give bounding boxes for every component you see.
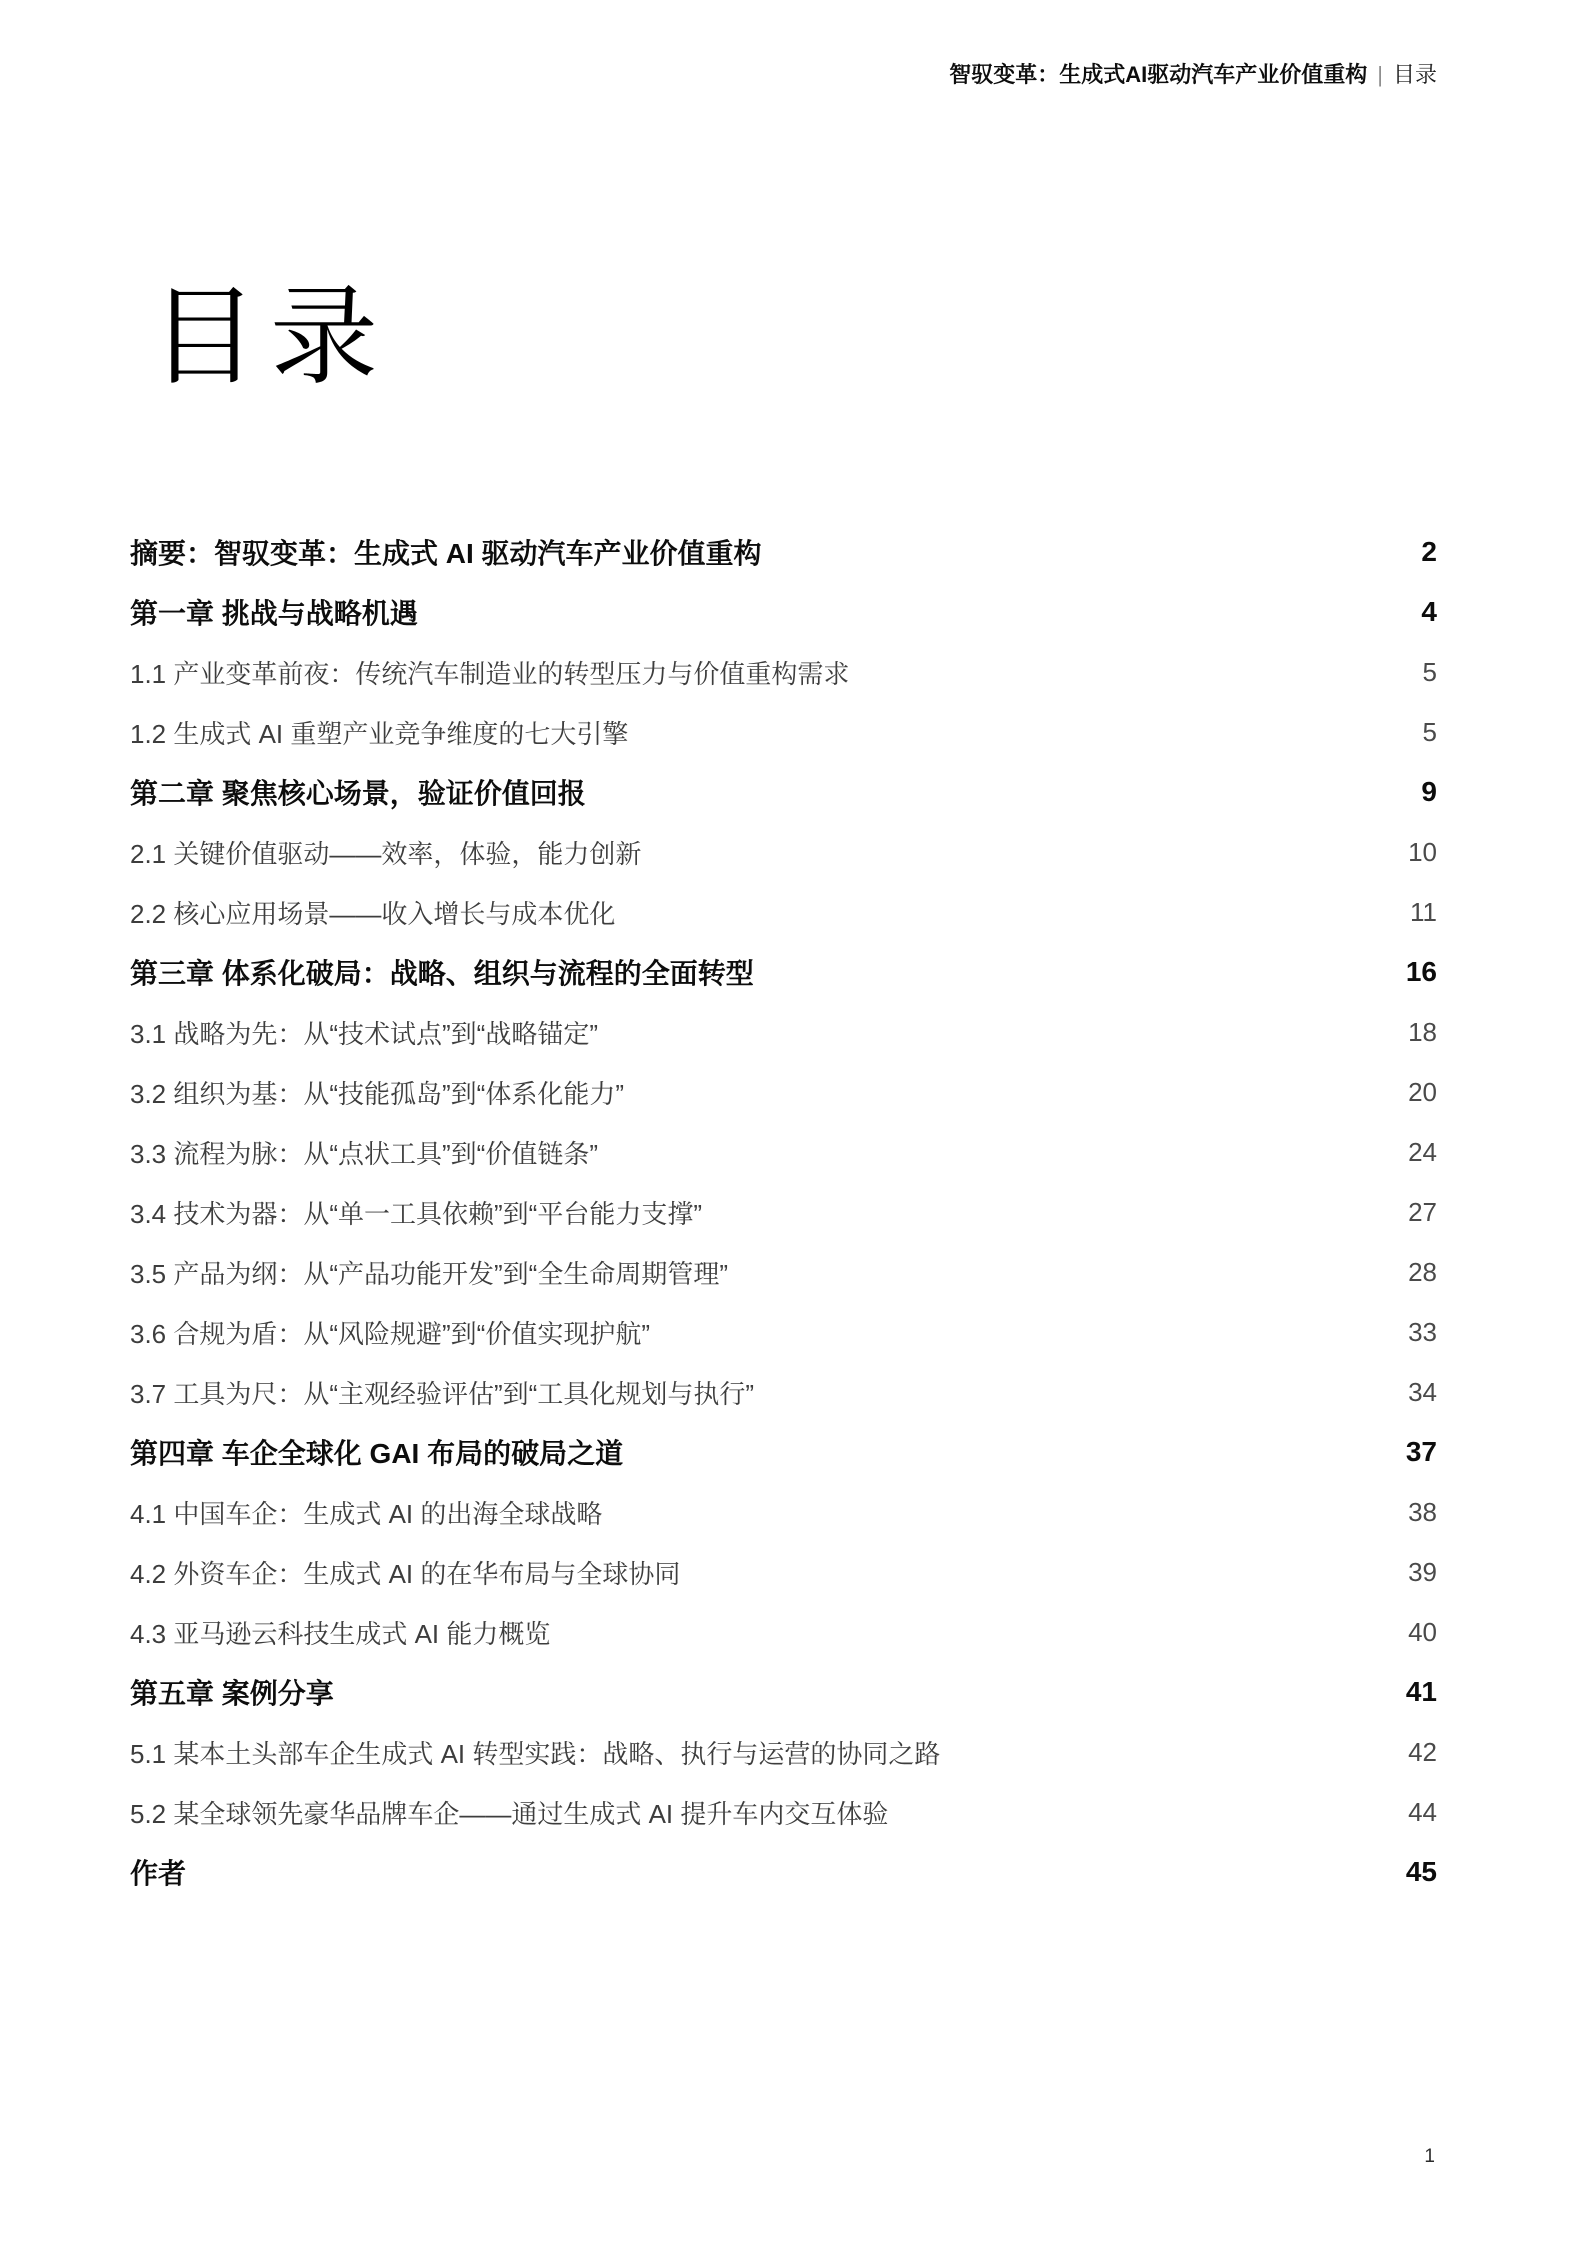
toc-entry-page: 4	[1421, 596, 1437, 628]
toc-entry[interactable]: 作者45	[130, 1842, 1437, 1902]
toc-entry[interactable]: 4.2 外资车企：生成式 AI 的在华布局与全球协同39	[130, 1542, 1437, 1602]
toc-entry-label: 3.2 组织为基：从“技能孤岛”到“体系化能力”	[130, 1074, 624, 1111]
toc-list: 摘要：智驭变革：生成式 AI 驱动汽车产业价值重构2第一章 挑战与战略机遇41.…	[130, 522, 1437, 1902]
header-document-title: 智驭变革：生成式AI驱动汽车产业价值重构	[949, 62, 1367, 87]
toc-entry[interactable]: 4.1 中国车企：生成式 AI 的出海全球战略38	[130, 1482, 1437, 1542]
toc-entry-page: 18	[1408, 1017, 1437, 1048]
toc-entry-label: 摘要：智驭变革：生成式 AI 驱动汽车产业价值重构	[130, 532, 762, 572]
toc-entry-page: 42	[1408, 1737, 1437, 1768]
toc-entry[interactable]: 第五章 案例分享41	[130, 1662, 1437, 1722]
toc-entry[interactable]: 第四章 车企全球化 GAI 布局的破局之道37	[130, 1422, 1437, 1482]
toc-entry-page: 20	[1408, 1077, 1437, 1108]
toc-entry-label: 3.4 技术为器：从“单一工具依赖”到“平台能力支撑”	[130, 1194, 702, 1231]
toc-entry-label: 3.6 合规为盾：从“风险规避”到“价值实现护航”	[130, 1314, 650, 1351]
toc-entry-page: 37	[1406, 1436, 1437, 1468]
toc-entry[interactable]: 3.7 工具为尺：从“主观经验评估”到“工具化规划与执行”34	[130, 1362, 1437, 1422]
document-page: 智驭变革：生成式AI驱动汽车产业价值重构|目录 目录 摘要：智驭变革：生成式 A…	[0, 0, 1587, 2245]
toc-entry-page: 40	[1408, 1617, 1437, 1648]
toc-entry-label: 3.5 产品为纲：从“产品功能开发”到“全生命周期管理”	[130, 1254, 728, 1291]
toc-entry[interactable]: 摘要：智驭变革：生成式 AI 驱动汽车产业价值重构2	[130, 522, 1437, 582]
toc-entry[interactable]: 第二章 聚焦核心场景，验证价值回报9	[130, 762, 1437, 822]
toc-entry[interactable]: 3.4 技术为器：从“单一工具依赖”到“平台能力支撑”27	[130, 1182, 1437, 1242]
toc-entry-label: 2.2 核心应用场景——收入增长与成本优化	[130, 894, 615, 931]
toc-entry[interactable]: 4.3 亚马逊云科技生成式 AI 能力概览40	[130, 1602, 1437, 1662]
toc-entry-page: 38	[1408, 1497, 1437, 1528]
toc-entry[interactable]: 1.1 产业变革前夜：传统汽车制造业的转型压力与价值重构需求5	[130, 642, 1437, 702]
toc-entry-label: 3.3 流程为脉：从“点状工具”到“价值链条”	[130, 1134, 598, 1171]
toc-entry[interactable]: 3.1 战略为先：从“技术试点”到“战略锚定”18	[130, 1002, 1437, 1062]
toc-entry-label: 4.3 亚马逊云科技生成式 AI 能力概览	[130, 1614, 550, 1651]
toc-entry-label: 第一章 挑战与战略机遇	[130, 592, 418, 632]
toc-entry-label: 4.2 外资车企：生成式 AI 的在华布局与全球协同	[130, 1554, 680, 1591]
toc-entry-page: 11	[1410, 897, 1437, 928]
toc-entry-label: 1.2 生成式 AI 重塑产业竞争维度的七大引擎	[130, 714, 628, 751]
toc-entry-label: 3.7 工具为尺：从“主观经验评估”到“工具化规划与执行”	[130, 1374, 754, 1411]
toc-entry[interactable]: 5.2 某全球领先豪华品牌车企——通过生成式 AI 提升车内交互体验44	[130, 1782, 1437, 1842]
toc-entry-page: 44	[1408, 1797, 1437, 1828]
toc-entry-label: 5.1 某本土头部车企生成式 AI 转型实践：战略、执行与运营的协同之路	[130, 1734, 940, 1771]
toc-entry-page: 2	[1421, 536, 1437, 568]
toc-entry-page: 34	[1408, 1377, 1437, 1408]
toc-entry[interactable]: 5.1 某本土头部车企生成式 AI 转型实践：战略、执行与运营的协同之路42	[130, 1722, 1437, 1782]
page-title: 目录	[150, 283, 390, 391]
toc-entry-page: 9	[1421, 776, 1437, 808]
toc-entry-label: 3.1 战略为先：从“技术试点”到“战略锚定”	[130, 1014, 598, 1051]
toc-entry-label: 作者	[130, 1852, 186, 1892]
toc-entry-label: 4.1 中国车企：生成式 AI 的出海全球战略	[130, 1494, 602, 1531]
toc-entry-page: 5	[1423, 717, 1437, 748]
toc-entry-page: 39	[1408, 1557, 1437, 1588]
toc-entry-label: 1.1 产业变革前夜：传统汽车制造业的转型压力与价值重构需求	[130, 654, 849, 691]
header-separator: |	[1377, 62, 1383, 87]
toc-entry[interactable]: 2.2 核心应用场景——收入增长与成本优化11	[130, 882, 1437, 942]
toc-entry-label: 第三章 体系化破局：战略、组织与流程的全面转型	[130, 952, 754, 992]
toc-entry-label: 5.2 某全球领先豪华品牌车企——通过生成式 AI 提升车内交互体验	[130, 1794, 888, 1831]
toc-entry[interactable]: 3.6 合规为盾：从“风险规避”到“价值实现护航”33	[130, 1302, 1437, 1362]
footer-page-number: 1	[1424, 2146, 1435, 2168]
toc-entry[interactable]: 3.5 产品为纲：从“产品功能开发”到“全生命周期管理”28	[130, 1242, 1437, 1302]
toc-entry[interactable]: 第一章 挑战与战略机遇4	[130, 582, 1437, 642]
toc-entry-page: 10	[1408, 837, 1437, 868]
toc-entry-page: 28	[1408, 1257, 1437, 1288]
toc-entry-page: 24	[1408, 1137, 1437, 1168]
toc-entry-label: 第二章 聚焦核心场景，验证价值回报	[130, 772, 586, 812]
toc-entry-page: 33	[1408, 1317, 1437, 1348]
toc-entry-page: 41	[1406, 1676, 1437, 1708]
header-section-name: 目录	[1393, 62, 1437, 87]
toc-entry-page: 5	[1423, 657, 1437, 688]
toc-entry-label: 2.1 关键价值驱动——效率，体验，能力创新	[130, 834, 641, 871]
toc-entry-page: 45	[1406, 1856, 1437, 1888]
toc-entry[interactable]: 3.3 流程为脉：从“点状工具”到“价值链条”24	[130, 1122, 1437, 1182]
toc-entry[interactable]: 1.2 生成式 AI 重塑产业竞争维度的七大引擎5	[130, 702, 1437, 762]
toc-entry[interactable]: 3.2 组织为基：从“技能孤岛”到“体系化能力”20	[130, 1062, 1437, 1122]
toc-entry[interactable]: 第三章 体系化破局：战略、组织与流程的全面转型16	[130, 942, 1437, 1002]
toc-entry-page: 27	[1408, 1197, 1437, 1228]
page-header: 智驭变革：生成式AI驱动汽车产业价值重构|目录	[949, 62, 1437, 88]
toc-entry-label: 第四章 车企全球化 GAI 布局的破局之道	[130, 1432, 623, 1472]
toc-entry[interactable]: 2.1 关键价值驱动——效率，体验，能力创新10	[130, 822, 1437, 882]
toc-entry-label: 第五章 案例分享	[130, 1672, 334, 1712]
toc-entry-page: 16	[1406, 956, 1437, 988]
